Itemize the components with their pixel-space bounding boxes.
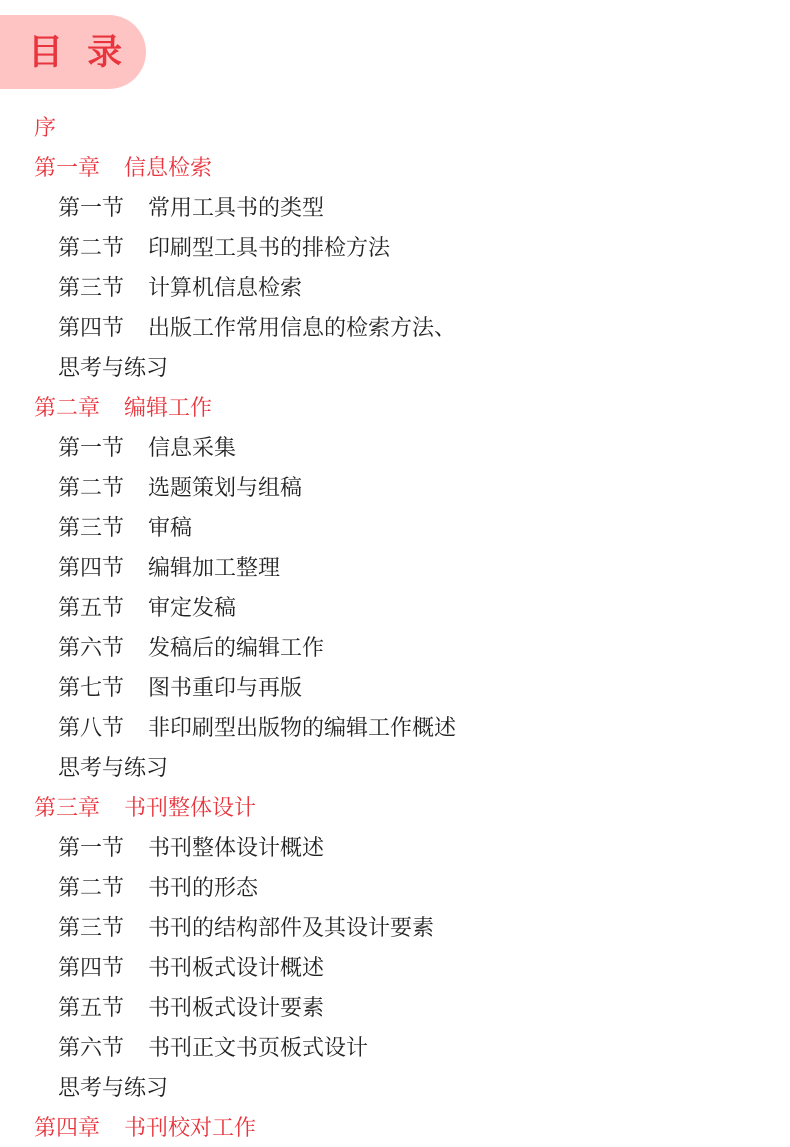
toc-section-entry[interactable]: 第一节信息采集 xyxy=(0,429,790,469)
toc-section-entry[interactable]: 第六节发稿后的编辑工作 xyxy=(0,629,790,669)
toc-section-entry[interactable]: 第三节审稿 xyxy=(0,509,790,549)
toc-entry-number: 思考与练习 xyxy=(58,1069,168,1109)
toc-entry-number: 第七节 xyxy=(58,669,124,709)
toc-chapter-entry[interactable]: 序 xyxy=(0,109,790,149)
toc-entry-number: 第五节 xyxy=(58,589,124,629)
toc-entry-title: 书刊板式设计要素 xyxy=(148,996,324,1021)
toc-entry-number: 第八节 xyxy=(58,709,124,749)
toc-entry-title: 图书重印与再版 xyxy=(148,676,302,701)
toc-entry-number: 第一节 xyxy=(58,189,124,229)
toc-entry-number: 第三章 xyxy=(34,789,100,829)
toc-section-entry[interactable]: 第五节书刊板式设计要素 xyxy=(0,989,790,1029)
toc-entry-number: 第六节 xyxy=(58,629,124,669)
toc-entry-number: 第四章 xyxy=(34,1109,100,1147)
toc-section-entry[interactable]: 第一节常用工具书的类型 xyxy=(0,189,790,229)
toc-entry-title: 印刷型工具书的排检方法 xyxy=(148,236,390,261)
toc-chapter-entry[interactable]: 第三章书刊整体设计 xyxy=(0,789,790,829)
toc-section-entry[interactable]: 第二节选题策划与组稿 xyxy=(0,469,790,509)
toc-section-entry[interactable]: 第三节书刊的结构部件及其设计要素 xyxy=(0,909,790,949)
toc-entry-title: 书刊正文书页板式设计 xyxy=(148,1036,368,1061)
page-title: 目 录 xyxy=(28,31,128,75)
toc-entry-number: 第五节 xyxy=(58,989,124,1029)
toc-entry-title: 书刊板式设计概述 xyxy=(148,956,324,981)
toc-entry-title: 常用工具书的类型 xyxy=(148,196,324,221)
toc-entry-title: 信息采集 xyxy=(148,436,236,461)
toc-entry-title: 书刊整体设计 xyxy=(124,796,256,821)
toc-entry-title: 非印刷型出版物的编辑工作概述 xyxy=(148,716,456,741)
toc-section-entry[interactable]: 第八节非印刷型出版物的编辑工作概述 xyxy=(0,709,790,749)
toc-section-entry[interactable]: 第七节图书重印与再版 xyxy=(0,669,790,709)
toc-entry-number: 第三节 xyxy=(58,509,124,549)
table-of-contents: 序第一章信息检索第一节常用工具书的类型第二节印刷型工具书的排检方法第三节计算机信… xyxy=(0,109,790,1147)
toc-section-entry[interactable]: 第二节书刊的形态 xyxy=(0,869,790,909)
toc-entry-number: 第四节 xyxy=(58,309,124,349)
toc-entry-title: 计算机信息检索 xyxy=(148,276,302,301)
toc-entry-title: 书刊整体设计概述 xyxy=(148,836,324,861)
toc-entry-number: 第六节 xyxy=(58,1029,124,1069)
toc-entry-title: 出版工作常用信息的检索方法、 xyxy=(148,316,456,341)
toc-section-entry[interactable]: 思考与练习 xyxy=(0,749,790,789)
toc-entry-number: 第二节 xyxy=(58,229,124,269)
toc-chapter-entry[interactable]: 第一章信息检索 xyxy=(0,149,790,189)
toc-section-entry[interactable]: 思考与练习 xyxy=(0,349,790,389)
toc-entry-number: 序 xyxy=(34,109,56,149)
toc-entry-number: 第二章 xyxy=(34,389,100,429)
toc-entry-number: 第一节 xyxy=(58,829,124,869)
toc-section-entry[interactable]: 思考与练习 xyxy=(0,1069,790,1109)
toc-entry-number: 第三节 xyxy=(58,909,124,949)
toc-entry-number: 第四节 xyxy=(58,949,124,989)
toc-entry-title: 编辑加工整理 xyxy=(148,556,280,581)
toc-entry-title: 信息检索 xyxy=(124,156,212,181)
toc-entry-number: 思考与练习 xyxy=(58,349,168,389)
toc-entry-title: 审稿 xyxy=(148,516,192,541)
toc-entry-number: 第四节 xyxy=(58,549,124,589)
toc-section-entry[interactable]: 第五节审定发稿 xyxy=(0,589,790,629)
toc-entry-title: 编辑工作 xyxy=(124,396,212,421)
toc-section-entry[interactable]: 第六节书刊正文书页板式设计 xyxy=(0,1029,790,1069)
toc-entry-title: 审定发稿 xyxy=(148,596,236,621)
toc-entry-number: 第一章 xyxy=(34,149,100,189)
toc-entry-title: 选题策划与组稿 xyxy=(148,476,302,501)
toc-section-entry[interactable]: 第四节出版工作常用信息的检索方法、 xyxy=(0,309,790,349)
toc-entry-title: 发稿后的编辑工作 xyxy=(148,636,324,661)
toc-entry-number: 思考与练习 xyxy=(58,749,168,789)
toc-chapter-entry[interactable]: 第四章书刊校对工作 xyxy=(0,1109,790,1147)
toc-entry-number: 第二节 xyxy=(58,469,124,509)
toc-entry-number: 第三节 xyxy=(58,269,124,309)
toc-section-entry[interactable]: 第三节计算机信息检索 xyxy=(0,269,790,309)
toc-section-entry[interactable]: 第一节书刊整体设计概述 xyxy=(0,829,790,869)
toc-entry-number: 第一节 xyxy=(58,429,124,469)
toc-section-entry[interactable]: 第二节印刷型工具书的排检方法 xyxy=(0,229,790,269)
toc-entry-number: 第二节 xyxy=(58,869,124,909)
toc-section-entry[interactable]: 第四节编辑加工整理 xyxy=(0,549,790,589)
toc-entry-title: 书刊校对工作 xyxy=(124,1116,256,1141)
toc-entry-title: 书刊的结构部件及其设计要素 xyxy=(148,916,434,941)
toc-chapter-entry[interactable]: 第二章编辑工作 xyxy=(0,389,790,429)
toc-entry-title: 书刊的形态 xyxy=(148,876,258,901)
toc-section-entry[interactable]: 第四节书刊板式设计概述 xyxy=(0,949,790,989)
